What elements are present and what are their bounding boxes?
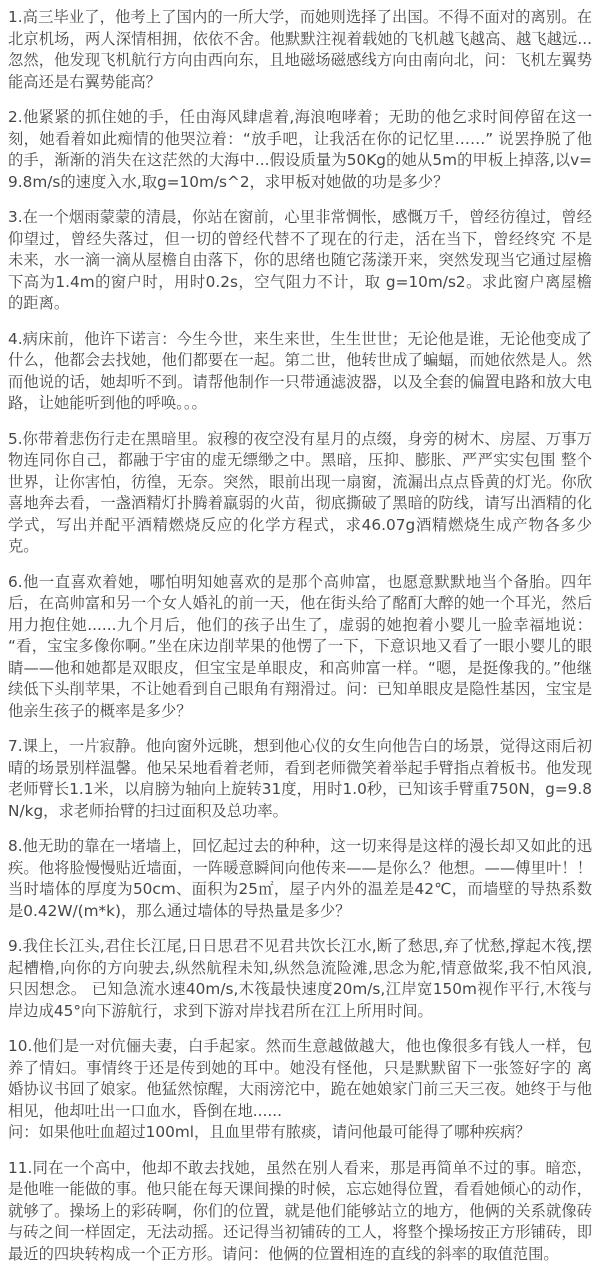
problem-2: 2.他紧紧的抓住她的手，任由海风肆虐着,海浪咆哮着；无助的他乞求时间停留在这一刻…	[8, 107, 592, 193]
document-page: 1.高三毕业了，他考上了国内的一所大学，而她则选择了出国。不得不面对的离别。在北…	[0, 0, 600, 1271]
problem-10: 10.他们是一对伉俪夫妻，白手起家。然而生意越做越大，他也像很多有钱人一样，包养…	[8, 1036, 592, 1144]
problem-6: 6.他一直喜欢着她，哪怕明知她喜欢的是那个高帅富，也愿意默默地当个备胎。四年后，…	[8, 572, 592, 723]
problem-1: 1.高三毕业了，他考上了国内的一所大学，而她则选择了出国。不得不面对的离别。在北…	[8, 7, 592, 93]
problem-11: 11.同在一个高中，他却不敢去找她，虽然在别人看来，那是再简单不过的事。暗恋，是…	[8, 1158, 592, 1266]
problem-3: 3.在一个烟雨蒙蒙的清晨，你站在窗前，心里非常惆怅，感慨万千，曾经彷徨过，曾经仰…	[8, 207, 592, 315]
problem-4: 4.病床前，他许下诺言：今生今世，来生来世，生生世世；无论他是谁，无论他变成了什…	[8, 329, 592, 415]
problem-7: 7.课上，一片寂静。他向窗外远眺，想到他心仪的女生向他告白的场景，觉得这雨后初晴…	[8, 736, 592, 822]
problem-5: 5.你带着悲伤行走在黑暗里。寂穆的夜空没有星月的点缀，身旁的树木、房屋、万事万物…	[8, 429, 592, 558]
problem-8: 8.他无助的靠在一堵墙上，回忆起过去的种种，这一切来得是这样的漫长却又如此的迅疾…	[8, 836, 592, 922]
problem-9: 9.我住长江头,君住长江尾,日日思君不见君共饮长江水,断了愁思,弃了忧愁,撑起木…	[8, 936, 592, 1022]
